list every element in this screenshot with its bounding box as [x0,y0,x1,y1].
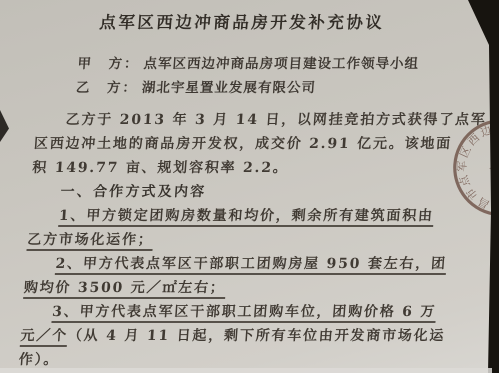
document-line: 积 149.77 亩、规划容积率 2.2。 [31,156,446,180]
underlined-text: 2、甲方代表点军区干部职工团购房屋 950 套左右，团 [55,256,448,275]
party-label: 甲 方： [77,56,140,72]
party-row: 乙 方：湖北宇星置业发展有限公司 [75,76,452,100]
party-name: 湖北宇星置业发展有限公司 [141,80,316,96]
document-line: 元／个（从 4 月 11 日起，剩下所有车位由开发商市场化运 [20,324,435,348]
underlined-text: 1、甲方锁定团购房数量和均价，剩余所有建筑面积由 [58,208,434,227]
paper-page: 点军区西边冲商品房开发补充协议 甲 方：点军区西边冲商品房项目建设工作领导小组乙… [0,0,499,373]
document-photo: 点军区西边冲商品房开发补充协议 甲 方：点军区西边冲商品房项目建设工作领导小组乙… [0,0,499,373]
document-title: 点军区西边冲商品房开发补充协议 [27,10,456,36]
document-line: 2、甲方代表点军区干部职工团购房屋 950 套左右，团 [25,252,440,276]
underlined-text: 元／个 [20,328,69,347]
text-segment: 一、合作方式及内容 [60,184,207,200]
text-segment: 区西边冲土地的商品房开发权，成交价 2.91 亿元。该地面 [33,136,452,152]
document-line: 3、甲方代表点军区干部职工团购车位，团购价格 6 万 [21,300,436,324]
party-name: 点军区西边冲商品房项目建设工作领导小组 [143,56,420,72]
underlined-text: 3、甲方代表点军区干部职工团购车位，团购价格 6 万 [51,304,436,323]
document-line: 一、合作方式及内容 [30,180,445,204]
document-line: 乙方市场化运作； [26,228,441,252]
text-segment: 积 149.77 亩、规划容积率 2.2。 [32,160,289,176]
paper-bottom-edge [0,368,492,373]
parties: 甲 方：点军区西边冲商品房项目建设工作领导小组乙 方：湖北宇星置业发展有限公司 [75,52,453,100]
document-body: 乙方于 2013 年 3 月 14 日，以网挂竞拍方式获得了点军区西边冲土地的商… [18,108,449,372]
underlined-text: 购均价 3500 元／㎡左右； [23,280,226,299]
text-segment: （从 4 月 11 日起，剩下所有车位由开发商市场化运 [67,328,445,344]
document-line: 区西边冲土地的商品房开发权，成交价 2.91 亿元。该地面 [33,132,448,156]
document-line: 乙方于 2013 年 3 月 14 日，以网挂竞拍方式获得了点军 [35,108,450,132]
text-segment: 作）。 [18,352,60,368]
party-label: 乙 方： [75,80,138,96]
party-row: 甲 方：点军区西边冲商品房项目建设工作领导小组 [77,52,454,76]
document-line: 购均价 3500 元／㎡左右； [23,276,438,300]
underlined-text: 乙方市场化运作； [26,232,154,251]
document-line: 1、甲方锁定团购房数量和均价，剩余所有建筑面积由 [28,204,443,228]
